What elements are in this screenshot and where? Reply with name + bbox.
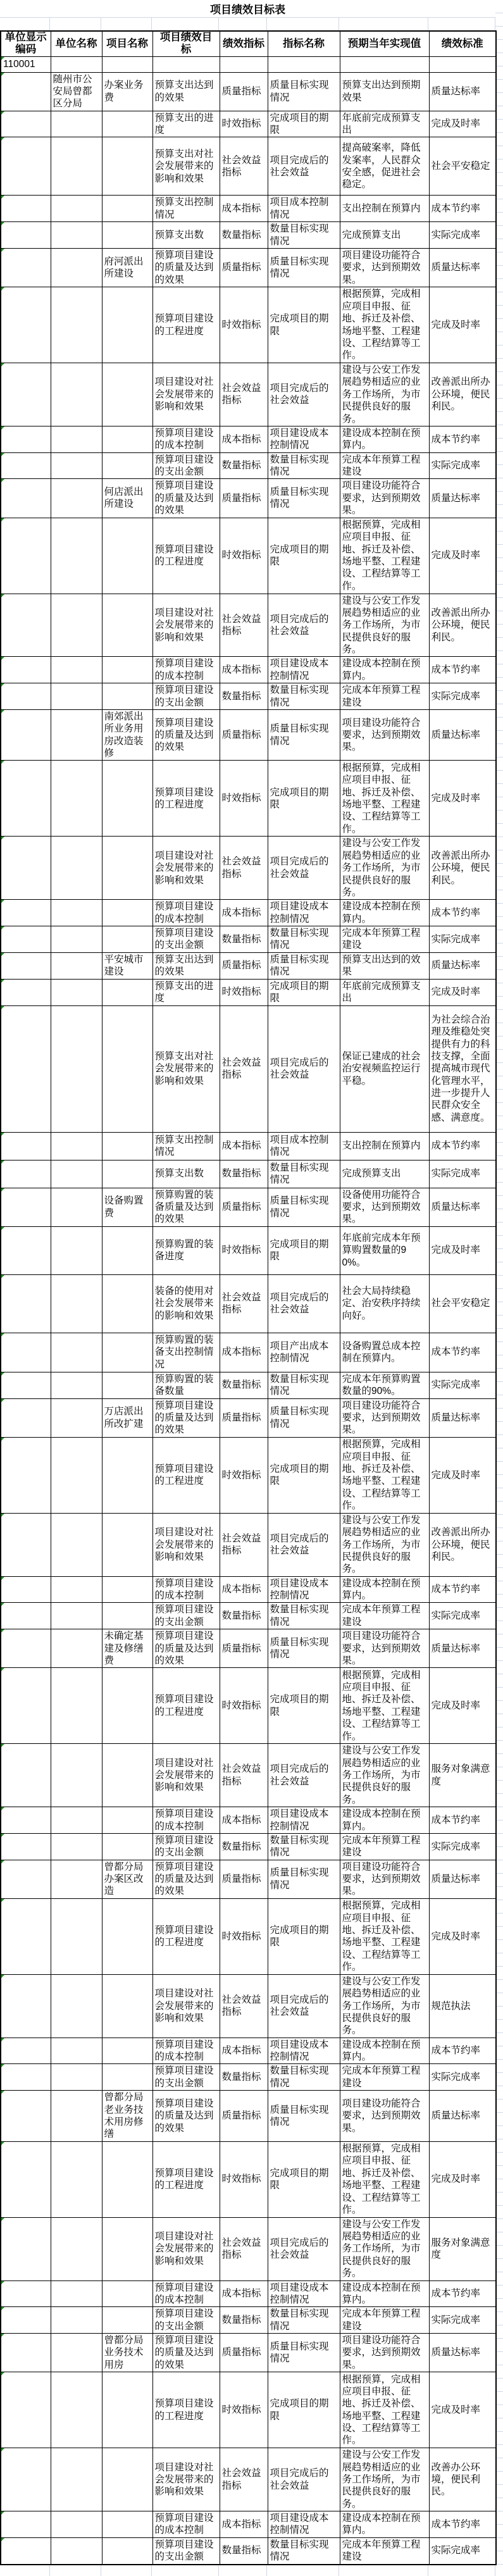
cell-project-name[interactable]	[102, 2217, 152, 2280]
cell-standard[interactable]: 完成及时率	[429, 761, 496, 837]
cell-project-name[interactable]	[102, 2511, 152, 2538]
cell-unit-code[interactable]	[1, 1513, 51, 1576]
cell-goal[interactable]: 预算项目建设的工程进度	[152, 1898, 220, 1974]
cell-unit-code[interactable]	[1, 426, 51, 452]
cell-goal[interactable]: 项目建设对社会发展带来的影响和效果	[152, 594, 220, 657]
cell-expected-value[interactable]: 建设成本控制在预算内。	[340, 426, 429, 452]
cell-indicator-type[interactable]: 社会效益指标	[220, 1005, 268, 1132]
cell-indicator-type[interactable]: 成本指标	[220, 2280, 268, 2307]
cell-unit-name[interactable]	[51, 979, 102, 1005]
cell-expected-value[interactable]: 年底前完成预算支出	[340, 979, 429, 1005]
cell-unit-name[interactable]	[51, 709, 102, 761]
cell-unit-name[interactable]	[51, 2280, 102, 2307]
cell-indicator-type[interactable]: 数量指标	[220, 1160, 268, 1188]
cell-unit-name[interactable]	[51, 287, 102, 363]
cell-unit-code[interactable]	[1, 1132, 51, 1160]
cell-indicator-type[interactable]: 时效指标	[220, 1226, 268, 1274]
cell-unit-code[interactable]	[1, 1629, 51, 1668]
cell-expected-value[interactable]: 项目建设功能符合要求，达到预期效果。	[340, 1629, 429, 1668]
cell-project-name[interactable]	[102, 683, 152, 710]
cell-indicator-type[interactable]: 时效指标	[220, 518, 268, 594]
cell-project-name[interactable]	[102, 926, 152, 953]
cell-standard[interactable]: 社会平安稳定	[429, 137, 496, 196]
cell-goal[interactable]: 预算项目建设的支出金额	[152, 2537, 220, 2564]
cell-project-name[interactable]	[102, 2038, 152, 2064]
cell-indicator-type[interactable]: 质量指标	[220, 709, 268, 761]
cell-project-name[interactable]: 何店派出所建设	[102, 479, 152, 518]
cell-project-name[interactable]	[102, 287, 152, 363]
cell-unit-name[interactable]	[51, 1629, 102, 1668]
cell-indicator-type[interactable]: 数量指标	[220, 926, 268, 953]
cell-unit-code[interactable]	[1, 1372, 51, 1398]
cell-standard[interactable]: 为社会综合治理及维稳处突提供有力的科技支撑，全面提高城市现代化管理水平，进一步提…	[429, 1005, 496, 1132]
cell-unit-name[interactable]	[51, 1513, 102, 1576]
cell-standard[interactable]: 完成及时率	[429, 979, 496, 1005]
cell-standard[interactable]: 完成及时率	[429, 1898, 496, 1974]
cell-unit-name[interactable]	[51, 2217, 102, 2280]
cell-indicator-type[interactable]: 时效指标	[220, 761, 268, 837]
cell-standard[interactable]: 改善派出所办公环境，便民利民。	[429, 1513, 496, 1576]
cell-expected-value[interactable]: 完成本年预算工程建设	[340, 926, 429, 953]
cell-standard[interactable]: 实际完成率	[429, 1160, 496, 1188]
cell-project-name[interactable]	[102, 426, 152, 452]
cell-indicator-type[interactable]: 数量指标	[220, 222, 268, 249]
cell-unit-name[interactable]	[51, 479, 102, 518]
cell-project-name[interactable]: 南郊派出所业务用房改造装修	[102, 709, 152, 761]
cell-indicator-type[interactable]: 数量指标	[220, 2064, 268, 2091]
cell-indicator-type[interactable]: 质量指标	[220, 952, 268, 979]
cell-unit-name[interactable]	[51, 1398, 102, 1437]
cell-unit-name[interactable]	[51, 1132, 102, 1160]
cell-goal[interactable]: 预算支出对社会发展带来的影响和效果	[152, 1005, 220, 1132]
cell-unit-name[interactable]	[51, 2064, 102, 2091]
cell-standard[interactable]: 服务对象满意度	[429, 2217, 496, 2280]
cell-indicator-name[interactable]: 项目完成后的社会效益	[268, 594, 340, 657]
cell-goal[interactable]: 预算支出控制情况	[152, 1132, 220, 1160]
cell-unit-name[interactable]	[51, 2511, 102, 2538]
cell-indicator-name[interactable]: 质量目标实现情况	[268, 248, 340, 287]
cell-unit-code[interactable]	[1, 222, 51, 249]
cell-unit-code[interactable]	[1, 952, 51, 979]
cell-standard[interactable]: 完成及时率	[429, 1226, 496, 1274]
cell-indicator-type[interactable]: 社会效益指标	[220, 2217, 268, 2280]
cell-indicator-name[interactable]: 质量目标实现情况	[268, 479, 340, 518]
cell-indicator-name[interactable]	[268, 56, 340, 72]
cell-unit-code[interactable]	[1, 2372, 51, 2448]
cell-indicator-type[interactable]: 质量指标	[220, 2091, 268, 2142]
cell-goal[interactable]: 项目建设对社会发展带来的影响和效果	[152, 2448, 220, 2511]
cell-goal[interactable]: 预算项目建设的工程进度	[152, 2372, 220, 2448]
cell-project-name[interactable]	[102, 1160, 152, 1188]
column-header-2[interactable]: 单位名称	[51, 31, 102, 56]
cell-unit-name[interactable]	[51, 56, 102, 72]
cell-project-name[interactable]	[102, 1668, 152, 1744]
cell-indicator-type[interactable]: 数量指标	[220, 452, 268, 479]
cell-indicator-name[interactable]: 项目建设成本控制情况	[268, 657, 340, 683]
cell-indicator-type[interactable]: 社会效益指标	[220, 1513, 268, 1576]
cell-project-name[interactable]	[102, 452, 152, 479]
cell-indicator-name[interactable]: 完成项目的期限	[268, 1898, 340, 1974]
cell-indicator-type[interactable]: 数量指标	[220, 1372, 268, 1398]
cell-indicator-type[interactable]: 数量指标	[220, 2537, 268, 2564]
cell-unit-name[interactable]	[51, 1974, 102, 2038]
cell-expected-value[interactable]: 建设与公安工作发展趋势相适应的业务工作场所，为市民提供良好的服务。	[340, 594, 429, 657]
cell-indicator-type[interactable]: 社会效益指标	[220, 1744, 268, 1807]
cell-expected-value[interactable]: 建设成本控制在预算内。	[340, 657, 429, 683]
cell-unit-code[interactable]	[1, 1860, 51, 1898]
cell-unit-code[interactable]	[1, 1274, 51, 1333]
cell-standard[interactable]: 质量达标率	[429, 1398, 496, 1437]
cell-goal[interactable]: 项目建设对社会发展带来的影响和效果	[152, 1744, 220, 1807]
cell-indicator-name[interactable]: 项目建设成本控制情况	[268, 2038, 340, 2064]
column-header-8[interactable]: 绩效标准	[429, 31, 496, 56]
cell-indicator-name[interactable]: 完成项目的期限	[268, 287, 340, 363]
cell-goal[interactable]: 预算项目建设的质量及达到的效果	[152, 2334, 220, 2372]
column-header-1[interactable]: 单位显示编码	[1, 31, 51, 56]
cell-goal[interactable]: 预算项目建设的支出金额	[152, 2064, 220, 2091]
cell-unit-code[interactable]	[1, 248, 51, 287]
cell-standard[interactable]: 改善派出所办公环境，便民利民。	[429, 594, 496, 657]
cell-expected-value[interactable]: 完成本年预算工程建设	[340, 452, 429, 479]
cell-indicator-name[interactable]: 项目完成后的社会效益	[268, 1005, 340, 1132]
cell-standard[interactable]: 实际完成率	[429, 1372, 496, 1398]
cell-indicator-name[interactable]: 完成项目的期限	[268, 1226, 340, 1274]
cell-expected-value[interactable]: 完成本年预算工程建设	[340, 2064, 429, 2091]
cell-unit-name[interactable]	[51, 594, 102, 657]
cell-project-name[interactable]	[102, 900, 152, 926]
cell-indicator-type[interactable]: 社会效益指标	[220, 837, 268, 900]
cell-unit-name[interactable]	[51, 222, 102, 249]
cell-goal[interactable]: 预算项目建设的质量及达到的效果	[152, 479, 220, 518]
cell-expected-value[interactable]: 完成本年预算工程建设	[340, 683, 429, 710]
cell-unit-name[interactable]	[51, 1668, 102, 1744]
cell-standard[interactable]: 质量达标率	[429, 1629, 496, 1668]
cell-standard[interactable]: 改善派出所办公环境，便民利民。	[429, 363, 496, 426]
cell-project-name[interactable]	[102, 1437, 152, 1513]
cell-goal[interactable]: 预算项目建设的质量及达到的效果	[152, 1398, 220, 1437]
cell-indicator-type[interactable]: 质量指标	[220, 72, 268, 111]
cell-expected-value[interactable]: 预算支出达到预期效果	[340, 72, 429, 111]
cell-unit-name[interactable]: 随州市公安局曾都区分局	[51, 72, 102, 111]
cell-standard[interactable]: 成本节约率	[429, 426, 496, 452]
cell-standard[interactable]: 成本节约率	[429, 1576, 496, 1603]
cell-expected-value[interactable]: 建设成本控制在预算内。	[340, 2280, 429, 2307]
cell-standard[interactable]: 质量达标率	[429, 952, 496, 979]
cell-indicator-name[interactable]: 项目完成后的社会效益	[268, 137, 340, 196]
cell-indicator-type[interactable]: 数量指标	[220, 1833, 268, 1860]
cell-standard[interactable]: 完成及时率	[429, 287, 496, 363]
cell-project-name[interactable]	[102, 518, 152, 594]
cell-expected-value[interactable]: 设备购置总成本控制在预算内。	[340, 1333, 429, 1372]
cell-indicator-type[interactable]: 成本指标	[220, 900, 268, 926]
cell-goal[interactable]: 预算支出数	[152, 222, 220, 249]
cell-goal[interactable]: 预算项目建设的质量及达到的效果	[152, 248, 220, 287]
cell-indicator-name[interactable]: 完成项目的期限	[268, 1437, 340, 1513]
cell-standard[interactable]: 成本节约率	[429, 1333, 496, 1372]
cell-expected-value[interactable]: 建设与公安工作发展趋势相适应的业务工作场所，为市民提供良好的服务。	[340, 1744, 429, 1807]
cell-standard[interactable]: 成本节约率	[429, 196, 496, 222]
cell-goal[interactable]: 预算项目建设的质量及达到的效果	[152, 1629, 220, 1668]
cell-unit-code[interactable]	[1, 287, 51, 363]
cell-expected-value[interactable]: 完成本年预算工程建设	[340, 1603, 429, 1629]
cell-goal[interactable]: 预算项目建设的成本控制	[152, 900, 220, 926]
cell-unit-code[interactable]	[1, 72, 51, 111]
cell-indicator-type[interactable]: 时效指标	[220, 979, 268, 1005]
cell-standard[interactable]	[429, 56, 496, 72]
cell-standard[interactable]: 实际完成率	[429, 2537, 496, 2564]
cell-project-name[interactable]	[102, 657, 152, 683]
cell-expected-value[interactable]: 建设与公安工作发展趋势相适应的业务工作场所，为市民提供良好的服务。	[340, 1513, 429, 1576]
cell-indicator-name[interactable]: 质量目标实现情况	[268, 72, 340, 111]
cell-unit-name[interactable]	[51, 2307, 102, 2334]
cell-unit-name[interactable]	[51, 2448, 102, 2511]
column-header-7[interactable]: 预期当年实现值	[340, 31, 429, 56]
cell-indicator-name[interactable]: 质量目标实现情况	[268, 1188, 340, 1226]
cell-unit-name[interactable]	[51, 1188, 102, 1226]
cell-indicator-name[interactable]: 数量目标实现情况	[268, 926, 340, 953]
cell-unit-code[interactable]	[1, 1226, 51, 1274]
cell-project-name[interactable]	[102, 111, 152, 137]
cell-goal[interactable]: 预算购置的装备质量及达到的效果	[152, 1188, 220, 1226]
cell-indicator-type[interactable]: 成本指标	[220, 1807, 268, 1834]
cell-goal[interactable]: 预算项目建设的质量及达到的效果	[152, 2091, 220, 2142]
cell-unit-name[interactable]	[51, 900, 102, 926]
cell-standard[interactable]: 成本节约率	[429, 2511, 496, 2538]
cell-goal[interactable]: 预算项目建设的支出金额	[152, 1833, 220, 1860]
cell-indicator-name[interactable]: 数量目标实现情况	[268, 452, 340, 479]
cell-goal[interactable]: 预算项目建设的工程进度	[152, 518, 220, 594]
cell-goal[interactable]: 预算支出达到的效果	[152, 952, 220, 979]
cell-project-name[interactable]	[102, 594, 152, 657]
cell-standard[interactable]: 实际完成率	[429, 222, 496, 249]
cell-project-name[interactable]: 府河派出所建设	[102, 248, 152, 287]
cell-unit-name[interactable]	[51, 837, 102, 900]
cell-goal[interactable]: 预算支出达到的效果	[152, 72, 220, 111]
cell-unit-name[interactable]	[51, 426, 102, 452]
cell-standard[interactable]: 完成及时率	[429, 2372, 496, 2448]
cell-project-name[interactable]	[102, 1226, 152, 1274]
cell-project-name[interactable]	[102, 1807, 152, 1834]
cell-project-name[interactable]	[102, 2280, 152, 2307]
cell-project-name[interactable]	[102, 2372, 152, 2448]
cell-indicator-type[interactable]: 数量指标	[220, 683, 268, 710]
cell-indicator-type[interactable]: 时效指标	[220, 2372, 268, 2448]
cell-project-name[interactable]	[102, 222, 152, 249]
cell-expected-value[interactable]: 建设成本控制在预算内。	[340, 1807, 429, 1834]
cell-goal[interactable]: 预算项目建设的工程进度	[152, 761, 220, 837]
cell-goal[interactable]: 预算项目建设的成本控制	[152, 2038, 220, 2064]
cell-project-name[interactable]: 曾都分局办案区改造	[102, 1860, 152, 1898]
cell-unit-code[interactable]	[1, 979, 51, 1005]
cell-project-name[interactable]	[102, 1603, 152, 1629]
cell-unit-code[interactable]: 110001	[1, 56, 51, 72]
cell-indicator-name[interactable]: 数量目标实现情况	[268, 222, 340, 249]
cell-unit-name[interactable]	[51, 363, 102, 426]
cell-unit-name[interactable]	[51, 1576, 102, 1603]
column-header-3[interactable]: 项目名称	[102, 31, 152, 56]
cell-goal[interactable]: 预算项目建设的工程进度	[152, 1437, 220, 1513]
cell-standard[interactable]: 成本节约率	[429, 2038, 496, 2064]
cell-indicator-name[interactable]: 数量目标实现情况	[268, 2307, 340, 2334]
cell-indicator-name[interactable]: 质量目标实现情况	[268, 709, 340, 761]
cell-expected-value[interactable]: 完成本年预算工程建设	[340, 2537, 429, 2564]
cell-project-name[interactable]	[102, 137, 152, 196]
cell-unit-name[interactable]	[51, 1603, 102, 1629]
cell-project-name[interactable]: 曾都分局老业务技术用房修缮	[102, 2091, 152, 2142]
cell-indicator-name[interactable]: 数量目标实现情况	[268, 1372, 340, 1398]
cell-project-name[interactable]	[102, 1974, 152, 2038]
cell-unit-name[interactable]	[51, 952, 102, 979]
cell-indicator-type[interactable]: 社会效益指标	[220, 1274, 268, 1333]
cell-goal[interactable]: 预算项目建设的成本控制	[152, 2280, 220, 2307]
cell-standard[interactable]: 成本节约率	[429, 900, 496, 926]
cell-unit-code[interactable]	[1, 1744, 51, 1807]
cell-indicator-type[interactable]	[220, 56, 268, 72]
cell-indicator-type[interactable]: 成本指标	[220, 1333, 268, 1372]
cell-goal[interactable]: 预算项目建设的工程进度	[152, 287, 220, 363]
cell-expected-value[interactable]: 项目建设功能符合要求，达到预期效果。	[340, 2334, 429, 2372]
cell-unit-name[interactable]	[51, 1860, 102, 1898]
cell-indicator-name[interactable]: 项目产出成本控制情况	[268, 1333, 340, 1372]
cell-goal[interactable]: 预算支出的进度	[152, 979, 220, 1005]
cell-unit-code[interactable]	[1, 196, 51, 222]
cell-goal[interactable]: 预算项目建设的支出金额	[152, 1603, 220, 1629]
cell-unit-name[interactable]	[51, 2537, 102, 2564]
cell-unit-code[interactable]	[1, 709, 51, 761]
cell-unit-name[interactable]	[51, 452, 102, 479]
cell-unit-name[interactable]	[51, 111, 102, 137]
cell-expected-value[interactable]: 社会大局持续稳定、治安秩序持续向好。	[340, 1274, 429, 1333]
cell-indicator-type[interactable]: 质量指标	[220, 2334, 268, 2372]
cell-goal[interactable]: 预算项目建设的支出金额	[152, 2307, 220, 2334]
cell-expected-value[interactable]: 项目建设功能符合要求，达到预期效果。	[340, 479, 429, 518]
cell-expected-value[interactable]: 预算支出达到的效果	[340, 952, 429, 979]
column-header-6[interactable]: 指标名称	[268, 31, 340, 56]
cell-standard[interactable]: 质量达标率	[429, 709, 496, 761]
cell-standard[interactable]: 实际完成率	[429, 2064, 496, 2091]
cell-unit-code[interactable]	[1, 137, 51, 196]
cell-standard[interactable]: 完成及时率	[429, 1668, 496, 1744]
cell-expected-value[interactable]: 根据预算，完成相应项目申报、征地、拆迁及补偿、场地平整、工程建设、工程结算等工作…	[340, 287, 429, 363]
cell-project-name[interactable]	[102, 2537, 152, 2564]
cell-indicator-type[interactable]: 社会效益指标	[220, 2448, 268, 2511]
cell-unit-code[interactable]	[1, 1398, 51, 1437]
cell-expected-value[interactable]: 完成本年预算工程建设	[340, 1833, 429, 1860]
cell-unit-name[interactable]	[51, 1274, 102, 1333]
cell-unit-name[interactable]	[51, 248, 102, 287]
cell-unit-code[interactable]	[1, 1333, 51, 1372]
cell-project-name[interactable]	[102, 1833, 152, 1860]
cell-expected-value[interactable]	[340, 56, 429, 72]
cell-goal[interactable]: 预算支出对社会发展带来的影响和效果	[152, 137, 220, 196]
cell-indicator-type[interactable]: 成本指标	[220, 2038, 268, 2064]
cell-unit-code[interactable]	[1, 2091, 51, 2142]
cell-indicator-name[interactable]: 完成项目的期限	[268, 518, 340, 594]
cell-project-name[interactable]	[102, 979, 152, 1005]
cell-project-name[interactable]	[102, 761, 152, 837]
cell-indicator-type[interactable]: 成本指标	[220, 2511, 268, 2538]
cell-unit-code[interactable]	[1, 1160, 51, 1188]
cell-unit-code[interactable]	[1, 1005, 51, 1132]
column-header-4[interactable]: 项目绩效目标	[152, 31, 220, 56]
cell-unit-code[interactable]	[1, 2064, 51, 2091]
cell-unit-code[interactable]	[1, 926, 51, 953]
cell-indicator-type[interactable]: 质量指标	[220, 479, 268, 518]
cell-indicator-name[interactable]: 项目完成后的社会效益	[268, 2217, 340, 2280]
cell-indicator-type[interactable]: 社会效益指标	[220, 594, 268, 657]
cell-expected-value[interactable]: 年底前完成本年预算购置数量的90%。	[340, 1226, 429, 1274]
cell-unit-code[interactable]	[1, 1603, 51, 1629]
cell-unit-code[interactable]	[1, 363, 51, 426]
cell-goal[interactable]: 预算项目建设的支出金额	[152, 683, 220, 710]
cell-expected-value[interactable]: 根据预算，完成相应项目申报、征地、拆迁及补偿、场地平整、工程建设、工程结算等工作…	[340, 761, 429, 837]
cell-indicator-type[interactable]: 社会效益指标	[220, 363, 268, 426]
cell-expected-value[interactable]: 根据预算，完成相应项目申报、征地、拆迁及补偿、场地平整、工程建设、工程结算等工作…	[340, 518, 429, 594]
cell-unit-code[interactable]	[1, 2038, 51, 2064]
cell-indicator-name[interactable]: 数量目标实现情况	[268, 1603, 340, 1629]
cell-indicator-name[interactable]: 项目建设成本控制情况	[268, 900, 340, 926]
cell-indicator-type[interactable]: 时效指标	[220, 2141, 268, 2217]
cell-standard[interactable]: 成本节约率	[429, 1132, 496, 1160]
cell-indicator-type[interactable]: 成本指标	[220, 1132, 268, 1160]
cell-unit-code[interactable]	[1, 594, 51, 657]
cell-expected-value[interactable]: 支出控制在预算内	[340, 196, 429, 222]
cell-standard[interactable]: 质量达标率	[429, 2091, 496, 2142]
cell-unit-name[interactable]	[51, 2091, 102, 2142]
cell-unit-code[interactable]	[1, 1188, 51, 1226]
cell-indicator-name[interactable]: 项目成本控制情况	[268, 196, 340, 222]
cell-project-name[interactable]: 万店派出所改扩建	[102, 1398, 152, 1437]
cell-project-name[interactable]	[102, 1576, 152, 1603]
cell-project-name[interactable]: 曾都分局业务技术用房	[102, 2334, 152, 2372]
cell-unit-code[interactable]	[1, 452, 51, 479]
cell-goal[interactable]: 预算项目建设的成本控制	[152, 426, 220, 452]
cell-unit-name[interactable]	[51, 1898, 102, 1974]
cell-unit-code[interactable]	[1, 1668, 51, 1744]
cell-unit-code[interactable]	[1, 1807, 51, 1834]
cell-unit-name[interactable]	[51, 1372, 102, 1398]
cell-standard[interactable]: 服务对象满意度	[429, 1744, 496, 1807]
cell-indicator-type[interactable]: 质量指标	[220, 1860, 268, 1898]
cell-unit-name[interactable]	[51, 1333, 102, 1372]
cell-expected-value[interactable]: 建设与公安工作发展趋势相适应的业务工作场所，为市民提供良好的服务。	[340, 2448, 429, 2511]
cell-standard[interactable]: 质量达标率	[429, 479, 496, 518]
cell-goal[interactable]: 预算项目建设的成本控制	[152, 2511, 220, 2538]
cell-project-name[interactable]	[102, 1132, 152, 1160]
cell-expected-value[interactable]: 项目建设功能符合要求，达到预期效果。	[340, 1398, 429, 1437]
cell-project-name[interactable]	[102, 2141, 152, 2217]
cell-standard[interactable]: 实际完成率	[429, 683, 496, 710]
cell-unit-code[interactable]	[1, 1974, 51, 2038]
cell-standard[interactable]: 质量达标率	[429, 2334, 496, 2372]
cell-project-name[interactable]: 平安城市建设	[102, 952, 152, 979]
cell-indicator-name[interactable]: 质量目标实现情况	[268, 2334, 340, 2372]
cell-project-name[interactable]	[102, 1898, 152, 1974]
cell-indicator-type[interactable]: 成本指标	[220, 657, 268, 683]
cell-expected-value[interactable]: 根据预算，完成相应项目申报、征地、拆迁及补偿、场地平整、工程建设、工程结算等工作…	[340, 2372, 429, 2448]
cell-indicator-type[interactable]: 数量指标	[220, 2307, 268, 2334]
cell-expected-value[interactable]: 项目建设功能符合要求，达到预期效果。	[340, 709, 429, 761]
cell-expected-value[interactable]: 完成预算支出	[340, 222, 429, 249]
cell-unit-code[interactable]	[1, 657, 51, 683]
cell-goal[interactable]: 预算购置的装备进度	[152, 1226, 220, 1274]
cell-standard[interactable]: 改善办公环境，便民利民。	[429, 2448, 496, 2511]
cell-unit-code[interactable]	[1, 1833, 51, 1860]
cell-indicator-type[interactable]: 质量指标	[220, 1188, 268, 1226]
cell-goal[interactable]: 预算项目建设的质量及达到的效果	[152, 709, 220, 761]
cell-unit-code[interactable]	[1, 683, 51, 710]
cell-unit-name[interactable]	[51, 683, 102, 710]
